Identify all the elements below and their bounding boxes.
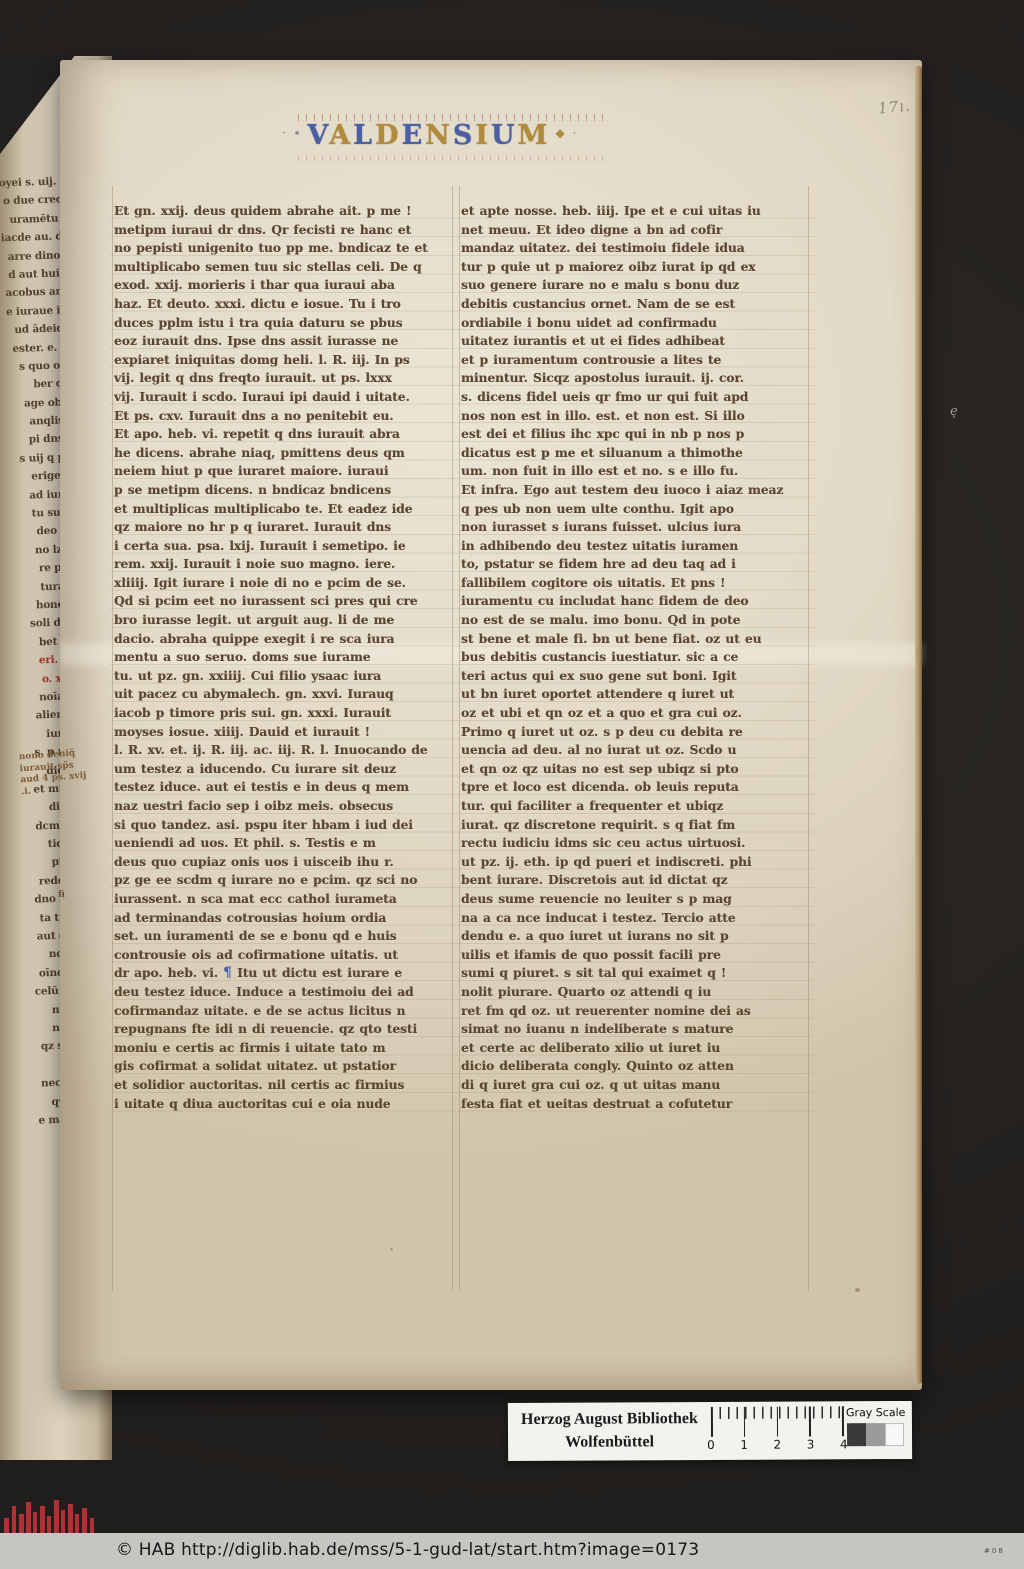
header-letter: I xyxy=(475,120,491,151)
text-column-right-item: et apte nosse. heb. iiij. Ipe et e cui u… xyxy=(461,202,891,221)
text-column-right-item: nos non est in illo. est. et non est. Si… xyxy=(461,407,891,426)
text-column-left-item: vij. legit q dns freqto iurauit. ut ps. … xyxy=(114,369,460,388)
text-column-left-item: deu testez iduce. Induce a testimoiu dei… xyxy=(114,983,460,1002)
text-column-right-item: na a ca nce inducat i testez. Tercio att… xyxy=(461,909,891,928)
parchment-speck xyxy=(855,1288,860,1292)
text-column-left-item: metipm iuraui dr dns. Qr fecisti re hanc… xyxy=(114,221,460,240)
text-column-left-item: moniu e certis ac firmis i uitate tato m xyxy=(114,1039,460,1058)
folio-number: 17ı. xyxy=(877,96,911,117)
text-column-left-item: ueniendi ad uos. Et phil. s. Testis e m xyxy=(114,834,460,853)
text-column-right-item: rectu iudiciu idms sic ceu actus uirtuos… xyxy=(461,834,891,853)
text-column-right-item: Et infra. Ego aut testem deu iuoco i aia… xyxy=(461,481,891,500)
title-flank-right: ◆ · xyxy=(556,126,579,140)
text-column-right-item: dicio deliberata congly. Quinto oz atten xyxy=(461,1057,891,1076)
text-column-right-item: iuramentu cu includat hanc fidem de deo xyxy=(461,592,891,611)
text-column-right-item: q pes ub non uem ulte conthu. Igit apo xyxy=(461,500,891,519)
library-name-line2: Wolfenbüttel xyxy=(514,1430,705,1454)
header-letter: E xyxy=(402,120,426,151)
ruling-vertical xyxy=(112,186,113,1291)
text-column-left-item: expiaret iniquitas domg heli. l. R. iij.… xyxy=(114,351,460,370)
text-column-right-item: Primo q iuret ut oz. s p deu cu debita r… xyxy=(461,723,891,742)
gray-scale-squares xyxy=(846,1423,907,1446)
ruler-numbers-item: 4 xyxy=(840,1437,848,1451)
text-column-left-item: i uitate q diua auctoritas cui e oia nud… xyxy=(114,1095,460,1114)
text-column-left: Et gn. xxij. deus quidem abrahe ait. p m… xyxy=(114,202,460,1113)
text-column-left-item: set. un iuramenti de se e bonu qd e huis xyxy=(114,927,460,946)
text-column-left-item: rem. xxij. Iurauit i noie suo magno. ier… xyxy=(114,555,460,574)
header-letter: A xyxy=(329,120,353,151)
text-column-right-item: simat no iuanu n indeliberate s mature xyxy=(461,1020,891,1039)
text-column-left-item: eoz iurauit dns. Ipse dns assit iurasse … xyxy=(114,332,460,351)
ruler-numbers-item: 0 xyxy=(707,1438,715,1452)
library-name: Herzog August Bibliothek Wolfenbüttel xyxy=(514,1405,705,1458)
copyright-url-text: © HAB http://diglib.hab.de/mss/5-1-gud-l… xyxy=(116,1540,699,1560)
text-column-left-item: controusie ois ad cofirmatione uitatis. … xyxy=(114,946,460,965)
text-column-left-item: gis cofirmat a solidat uitatez. ut pstat… xyxy=(114,1057,460,1076)
text-column-left-item: iacob p timore pris sui. gn. xxxi. Iurau… xyxy=(114,704,460,723)
ruler-numbers-item: 3 xyxy=(807,1437,815,1451)
page-fore-edge xyxy=(915,66,922,1384)
marginal-mark: fi xyxy=(58,889,65,900)
text-column-right-item: uilis et ifamis de quo possit facili pre xyxy=(461,946,891,965)
header-letter: D xyxy=(375,120,401,151)
ruler-major-ticks xyxy=(711,1406,844,1437)
text-column-right-item: net meuu. Et ideo digne a bn ad cofir xyxy=(461,221,891,240)
text-column-right-item: ret fm qd oz. ut reuerenter nomine dei a… xyxy=(461,1002,891,1021)
gray-scale-square-white xyxy=(885,1423,904,1446)
library-name-line1: Herzog August Bibliothek xyxy=(514,1407,705,1431)
text-column-left-item: Et apo. heb. vi. repetit q dns iurauit a… xyxy=(114,425,460,444)
text-column-right-item: tpre et loco est dicenda. ob leuis reput… xyxy=(461,778,891,797)
text-column-right-item: nolit piurare. Quarto oz attendi q iu xyxy=(461,983,891,1002)
title-flank-left: · ∙ xyxy=(282,126,303,141)
text-column-right-item: non iurasset s iurans fuisset. ulcius iu… xyxy=(461,518,891,537)
text-column-right-item: no est de se malu. imo bonu. Qd in pote xyxy=(461,611,891,630)
manuscript-page: · ∙ VALDENSIUM ◆ · 17ı. Et gn. xxij. deu… xyxy=(60,60,922,1390)
text-column-right-item: festa fiat et ueitas destruat a cofutetu… xyxy=(461,1095,891,1114)
text-column-right-item: ut bn iuret oportet attendere q iuret ut xyxy=(461,685,891,704)
text-column-left-item: duces pplm istu i tra quia daturu se pbu… xyxy=(114,314,460,333)
text-column-left-item: p se metipm dicens. n bndicaz bndicens xyxy=(114,481,460,500)
text-column-left-item: testez iduce. aut ei testis e in deus q … xyxy=(114,778,460,797)
text-column-left-item: uit pacez cu abymalech. gn. xxvi. Iurauq xyxy=(114,685,460,704)
red-penwork-flourish xyxy=(298,156,608,161)
text-column-right-item: suo genere iurare no e malu s bonu duz xyxy=(461,276,891,295)
text-column-right-item: uencia ad deu. al no iurat ut oz. Scdo u xyxy=(461,741,891,760)
header-letter: S xyxy=(453,120,476,151)
text-column-right-item: oz et ubi et qn oz et a quo et gra cui o… xyxy=(461,704,891,723)
text-column-left-item: repugnans fte idi n di reuencie. qz qto … xyxy=(114,1020,460,1039)
text-column-right-item: tur. qui faciliter a frequenter et ubiqz xyxy=(461,797,891,816)
text-column-right-item: teri actus qui ex suo gene sut boni. Igi… xyxy=(461,667,891,686)
frame-number-mark: #08 xyxy=(984,1547,1005,1555)
text-column-right-item: bus debitis custancis iuestiatur. sic a … xyxy=(461,648,891,667)
text-column-left-item: he dicens. abrahe niaq, pmittens deus qm xyxy=(114,444,460,463)
text-column-right-item: bent iurare. Discretois aut id dictat qz xyxy=(461,871,891,890)
ruler-numbers-item: 1 xyxy=(740,1438,748,1452)
text-column-left-item: qz maiore no hr p q iuraret. Iurauit dns xyxy=(114,518,460,537)
text-column-right-item: et p iuramentum controusie a lites te xyxy=(461,351,891,370)
text-column-right-item: sumi q piuret. s sit tal qui exaimet q ! xyxy=(461,964,891,983)
text-column-right-item: deus sume reuencie no leuiter s p mag xyxy=(461,890,891,909)
text-column-right-item: tur p quie ut p maiorez oibz iurat ip qd… xyxy=(461,258,891,277)
gray-scale-square-dark xyxy=(847,1423,866,1446)
text-column-left-item: no pepisti unigenito tuo pp me. bndicaz … xyxy=(114,239,460,258)
text-column-right-item: est dei et filius ihc xpc qui in nb p no… xyxy=(461,425,891,444)
text-column-left-item: i certa sua. psa. lxij. Iurauit i semeti… xyxy=(114,537,460,556)
text-column-left-item: Qd si pcim eet no iurassent sci pres qui… xyxy=(114,592,460,611)
marginal-gloss: nono deniq̃iurauit sp̃saud 4 ps. xvij .i… xyxy=(18,748,87,798)
text-column-left-item: exod. xxij. morieris i thar qua iuraui a… xyxy=(114,276,460,295)
text-column-right-item: to, pstatur se fidem hre ad deu taq ad i xyxy=(461,555,891,574)
text-column-right-item: di q iuret gra cui oz. q ut uitas manu xyxy=(461,1076,891,1095)
text-column-left-item: et solidior auctoritas. nil certis ac fi… xyxy=(114,1076,460,1095)
text-column-right-item: mandaz uitatez. dei testimoiu fidele idu… xyxy=(461,239,891,258)
header-letter: L xyxy=(353,120,375,151)
text-column-right-item: st bene et male fi. bn ut bene fiat. oz … xyxy=(461,630,891,649)
header-letter: N xyxy=(425,120,453,151)
text-column-left-item: l. R. xv. et. ij. R. iij. ac. iij. R. l.… xyxy=(114,741,460,760)
header-letter: V xyxy=(307,120,329,151)
text-column-left-item: vij. Iurauit i scdo. Iuraui ipi dauid i … xyxy=(114,388,460,407)
measuring-ruler: 01234 xyxy=(711,1404,844,1457)
text-column-right-item: iurat. qz discretone requirit. s q fiat … xyxy=(461,816,891,835)
ruler-numbers-item: 2 xyxy=(774,1438,782,1452)
mount-pencil-mark: ę xyxy=(950,404,958,419)
text-column-left-item: multiplicabo semen tuu sic stellas celi.… xyxy=(114,258,460,277)
ruler-numbers: 01234 xyxy=(707,1437,848,1452)
text-column-right-item: in adhibendo deu testez uitatis iuramen xyxy=(461,537,891,556)
text-column-right-item: fallibilem cogitore ois uitatis. Et pns … xyxy=(461,574,891,593)
header-letter: U xyxy=(491,120,518,151)
text-column-left-item: naz uestri facio sep i oibz meis. obsecu… xyxy=(114,797,460,816)
text-column-left-item: dacio. abraha quippe exegit i re sca iur… xyxy=(114,630,460,649)
caption-bar: © HAB http://diglib.hab.de/mss/5-1-gud-l… xyxy=(0,1533,1024,1569)
text-column-left-item: bro iurasse legit. ut arguit aug. li de … xyxy=(114,611,460,630)
text-column-left-item: xliiij. Igit iurare i noie di no e pcim … xyxy=(114,574,460,593)
text-column-right: et apte nosse. heb. iiij. Ipe et e cui u… xyxy=(461,202,891,1113)
text-column-right-item: s. dicens fidel ueis qr fmo ur qui fuit … xyxy=(461,388,891,407)
text-column-left-item: dr apo. heb. vi. ¶ Itu ut dictu est iura… xyxy=(114,964,460,983)
blue-pilcrow-mark: ¶ xyxy=(223,965,232,981)
text-column-left-item: iurassent. n sca mat ecc cathol iurameta xyxy=(114,890,460,909)
text-column-left-item: pz ge ee scdm q iurare no e pcim. qz sci… xyxy=(114,871,460,890)
text-column-left-item: ad terminandas cotrousias hoium ordia xyxy=(114,909,460,928)
text-column-left-item: haz. Et deuto. xxxi. dictu e iosue. Tu i… xyxy=(114,295,460,314)
gray-scale-square-mid xyxy=(866,1423,885,1446)
text-column-left-item: Et gn. xxij. deus quidem abrahe ait. p m… xyxy=(114,202,460,221)
text-column-right-item: uitatez iurantis et ut ei fides adhibeat xyxy=(461,332,891,351)
text-column-left-item: deus quo cupiaz onis uos i uisceib ihu r… xyxy=(114,853,460,872)
text-column-right-item: dicatus est p me et siluanum a thimothe xyxy=(461,444,891,463)
library-label-strip: Herzog August Bibliothek Wolfenbüttel 01… xyxy=(508,1401,912,1461)
text-column-left-item: mentu a suo seruo. doms sue iurame xyxy=(114,648,460,667)
text-column-right-item: dendu e. a quo iuret ut iurans no sit p xyxy=(461,927,891,946)
digitized-manuscript-photo: oyei s. uij. euio due crediteuramētu ips… xyxy=(0,0,1024,1569)
text-column-left-item: um testez a iducendo. Cu iurare sit deuz xyxy=(114,760,460,779)
text-column-right-item: minentur. Sicqz apostolus iurauit. ij. c… xyxy=(461,369,891,388)
text-column-left-item: cofirmandaz uitate. e de se actus licitu… xyxy=(114,1002,460,1021)
text-column-left-item: moyses iosue. xiiij. Dauid et iurauit ! xyxy=(114,723,460,742)
text-column-right-item: um. non fuit in illo est et no. s e illo… xyxy=(461,462,891,481)
text-column-right-item: debitis custancius ornet. Nam de se est xyxy=(461,295,891,314)
text-column-right-item: ut pz. ij. eth. ip qd pueri et indiscret… xyxy=(461,853,891,872)
text-column-left-item: et multiplicas multiplicabo te. Et eadez… xyxy=(114,500,460,519)
text-column-right-item: ordiabile i bonu uidet ad confirmadu xyxy=(461,314,891,333)
header-letter: M xyxy=(518,120,551,151)
running-title-letters: VALDENSIUM xyxy=(307,129,550,148)
text-column-left-item: Et ps. cxv. Iurauit dns a no penitebit e… xyxy=(114,407,460,426)
gray-scale-label: Gray Scale xyxy=(845,1404,905,1419)
text-column-right-item: et qn oz qz uitas no est sep ubiqz si pt… xyxy=(461,760,891,779)
text-column-left-item: neiem hiut p que iuraret maiore. iuraui xyxy=(114,462,460,481)
text-column-left-item: tu. ut pz. gn. xxiiij. Cui filio ysaac i… xyxy=(114,667,460,686)
text-column-left-item: si quo tandez. asi. pspu iter hbam i iud… xyxy=(114,816,460,835)
text-column-right-item: et certe ac deliberato xilio ut iuret iu xyxy=(461,1039,891,1058)
gray-scale-patch: Gray Scale xyxy=(845,1404,906,1456)
running-title: · ∙ VALDENSIUM ◆ · xyxy=(100,120,760,151)
parchment-speck xyxy=(390,1248,393,1251)
